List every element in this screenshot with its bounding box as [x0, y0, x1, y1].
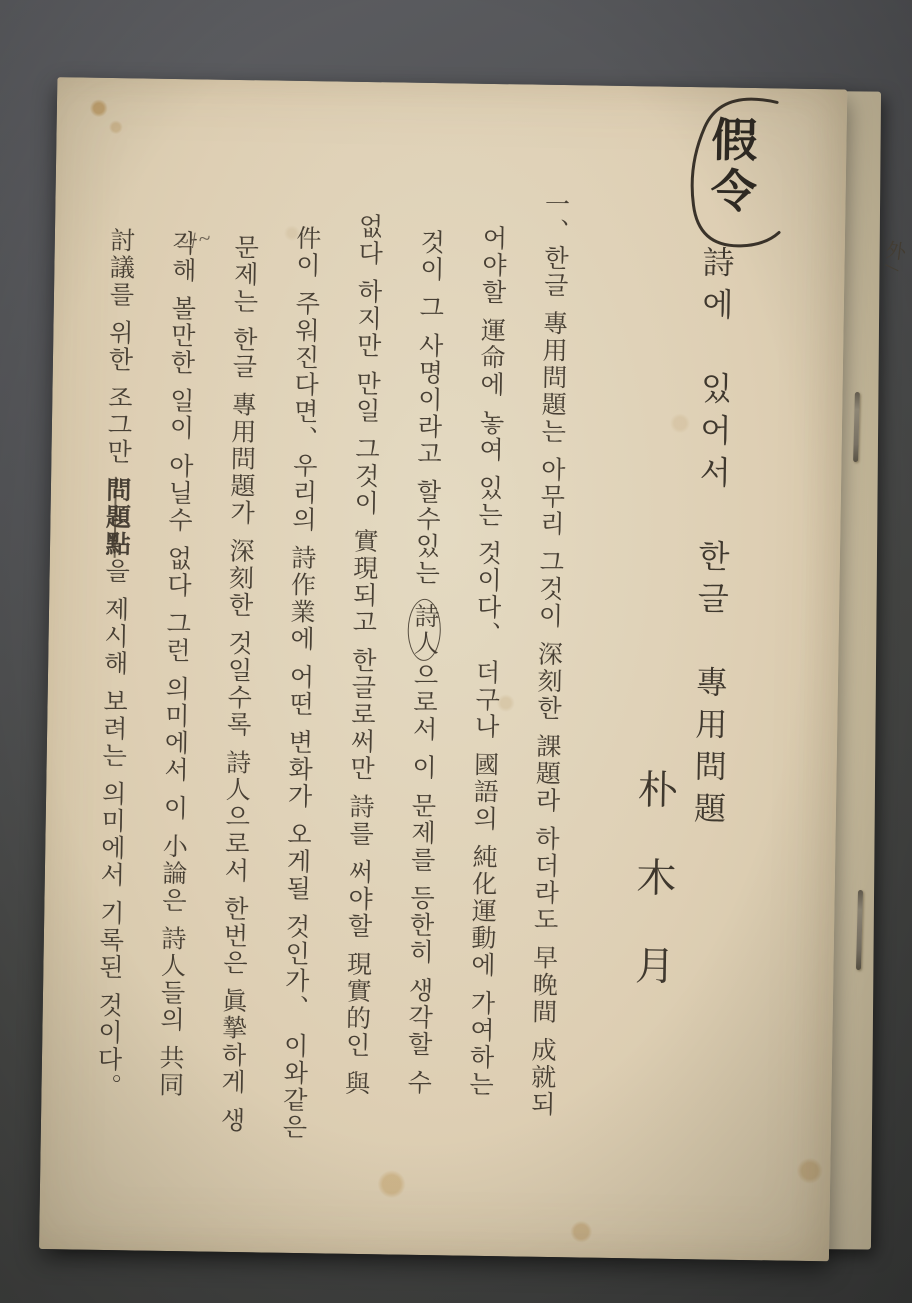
manuscript-page: 假令 詩에 있어서 한글 專用問題 朴木月 一、한글 專用問題는 아무리 그것이… — [39, 77, 847, 1261]
body-column-6: 문제는 한글 專用問題가 深刻한 것일수록 詩人으로서 한번은 眞摯하게 생 — [214, 186, 260, 1191]
annotation-label: 假令 — [703, 115, 757, 218]
photo-backdrop: 假令 詩에 있어서 한글 專用問題 朴木月 一、한글 專用問題는 아무리 그것이… — [0, 0, 912, 1303]
body-column-4: 없다 하지만 만일 그것이 實現되고 한글로써만 詩를 써야할 現實的인 與 — [338, 188, 384, 1193]
body-column-7: 각해 볼만한 일이 아닐수 없다 그런 의미에서 이 小論은 詩人들의 共同 — [152, 185, 198, 1190]
author-name: 朴木月 — [627, 768, 677, 1033]
circled-word: 詩人 — [407, 599, 441, 662]
body-column-1: 一、한글 專用問題는 아무리 그것이 深刻한 課題라 하더라도 早晚間 成就되 — [524, 191, 570, 1196]
edge-note: 外 / — [880, 239, 906, 272]
body-column-5: 件이 주워진다면、우리의 詩作業에 어떤 변화가 오게될 것인가、 이와같은 — [276, 187, 322, 1192]
column-8-text-post: 을 제시해 보려는 의미에서 기록된 것이다。 — [93, 558, 129, 1101]
body-column-8: 討議를 위한 조그만 問題點을 제시해 보려는 의미에서 기록된 것이다。 — [90, 184, 136, 1189]
body-column-2: 어야할 運命에 놓여 있는 것이다、 더구나 國語의 純化運動에 가여하는 — [462, 190, 508, 1195]
column-3-text-pre: 것이 그 사명이라고 할수있는 — [411, 229, 444, 598]
header-annotation: 假令 — [667, 89, 788, 263]
column-3-text-post: 으로서 이 문제를 등한히 생각할 수 — [403, 662, 437, 1097]
column-8-text-pre: 討議를 위한 조그만 — [103, 227, 134, 477]
document-title: 詩에 있어서 한글 專用問題 — [688, 245, 737, 834]
body-column-3: 것이 그 사명이라고 할수있는 詩人으로서 이 문제를 등한히 생각할 수 — [400, 189, 446, 1194]
corrected-word: 問題點 — [102, 477, 130, 558]
manuscript-body: 一、한글 專用問題는 아무리 그것이 深刻한 課題라 하더라도 早晚間 成就되 … — [90, 184, 570, 1196]
